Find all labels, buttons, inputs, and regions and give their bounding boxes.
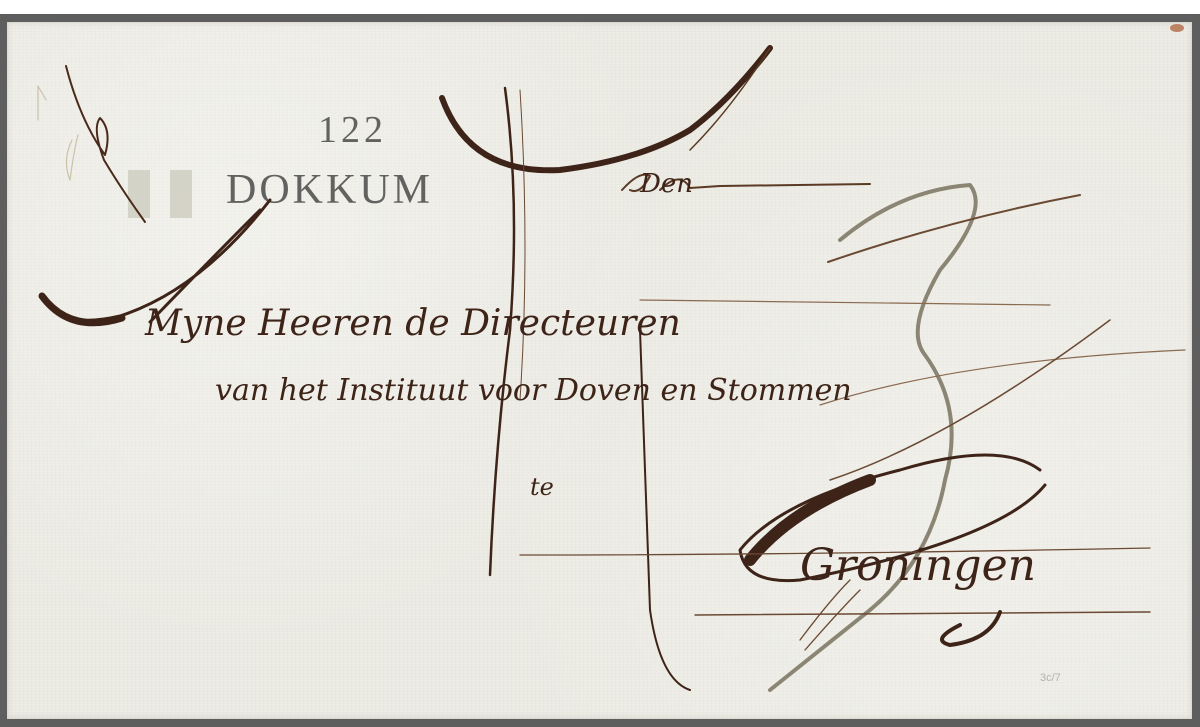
postmark-number: 122 (318, 108, 387, 152)
pencil-note: 3c/7 (1040, 672, 1061, 684)
rust-stain (1170, 24, 1184, 32)
letter-paper (7, 22, 1192, 719)
postmark-town: DOKKUM (226, 166, 433, 214)
faint-stamp-block-right (170, 170, 192, 218)
faint-stamp-block-left (128, 170, 150, 218)
